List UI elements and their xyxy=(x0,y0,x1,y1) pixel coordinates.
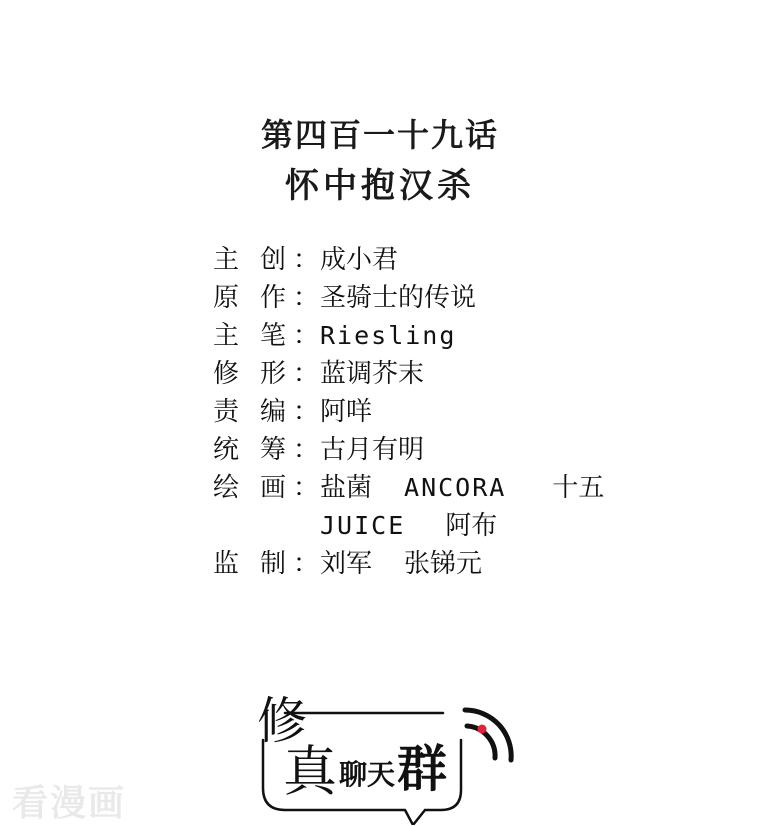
credit-value: 刘军张锑元 xyxy=(320,547,482,581)
credit-name: 古月有明 xyxy=(320,433,424,467)
credit-name: JUICE xyxy=(320,509,405,543)
credit-colon: ： xyxy=(293,243,319,277)
credit-label-char: 形 xyxy=(260,357,290,391)
credit-label-char: 原 xyxy=(213,281,243,315)
credit-value: 盐菌ANCORA十五 xyxy=(320,471,604,505)
svg-text:群: 群 xyxy=(397,740,447,798)
credit-label-char: 监 xyxy=(213,547,243,581)
credit-name: 盐菌 xyxy=(320,471,372,505)
credit-label-char: 编 xyxy=(260,395,290,429)
credit-name: 刘军 xyxy=(320,547,372,581)
credit-label-char: 主 xyxy=(213,319,243,353)
credit-colon: ： xyxy=(293,547,319,581)
credit-colon: ： xyxy=(293,357,319,391)
credit-label-char: 画 xyxy=(260,471,290,505)
credit-colon: ： xyxy=(293,281,319,315)
credit-name: 阿咩 xyxy=(320,395,372,429)
chapter-title: 怀中抱汉杀 xyxy=(0,158,760,207)
credit-name: ANCORA xyxy=(404,471,506,505)
credit-label-char: 责 xyxy=(213,395,243,429)
credit-colon: ： xyxy=(293,471,319,505)
chapter-number-title: 第四百一十九话 xyxy=(0,110,760,156)
xiuzhen-chat-group-logo: 修 真 聊天 群 xyxy=(245,680,525,825)
credit-label-char: 统 xyxy=(213,433,243,467)
credit-label-char: 笔 xyxy=(260,319,290,353)
svg-text:聊天: 聊天 xyxy=(339,758,395,791)
credit-name: 张锑元 xyxy=(404,547,482,581)
credit-value: 阿咩 xyxy=(320,395,372,429)
credit-label-char: 制 xyxy=(260,547,290,581)
credit-value: 圣骑士的传说 xyxy=(320,281,476,315)
credit-name: 成小君 xyxy=(320,243,398,277)
credit-name: 阿布 xyxy=(445,509,497,543)
credit-colon: ： xyxy=(293,395,319,429)
credit-label-char: 筹 xyxy=(260,433,290,467)
credit-label-char: 绘 xyxy=(213,471,243,505)
credit-colon: ： xyxy=(293,319,319,353)
credit-label-char: 创 xyxy=(260,243,290,277)
credit-colon: ： xyxy=(293,433,319,467)
credit-label-char: 修 xyxy=(213,357,243,391)
credit-name: Riesling xyxy=(320,319,456,353)
credit-label-char: 作 xyxy=(260,281,290,315)
speech-bubble-icon: 修 真 聊天 群 xyxy=(245,680,525,825)
watermark: 看漫画 xyxy=(12,775,126,826)
credit-value: 古月有明 xyxy=(320,433,424,467)
credit-name: 蓝调芥末 xyxy=(320,357,424,391)
credit-value: Riesling xyxy=(320,319,456,353)
credit-value: 蓝调芥末 xyxy=(320,357,424,391)
credit-value: 成小君 xyxy=(320,243,398,277)
credit-label-char: 主 xyxy=(213,243,243,277)
svg-text:真: 真 xyxy=(283,740,339,803)
credit-value: JUICE阿布 xyxy=(320,509,497,543)
credit-name: 十五 xyxy=(552,471,604,505)
credit-name: 圣骑士的传说 xyxy=(320,281,476,315)
